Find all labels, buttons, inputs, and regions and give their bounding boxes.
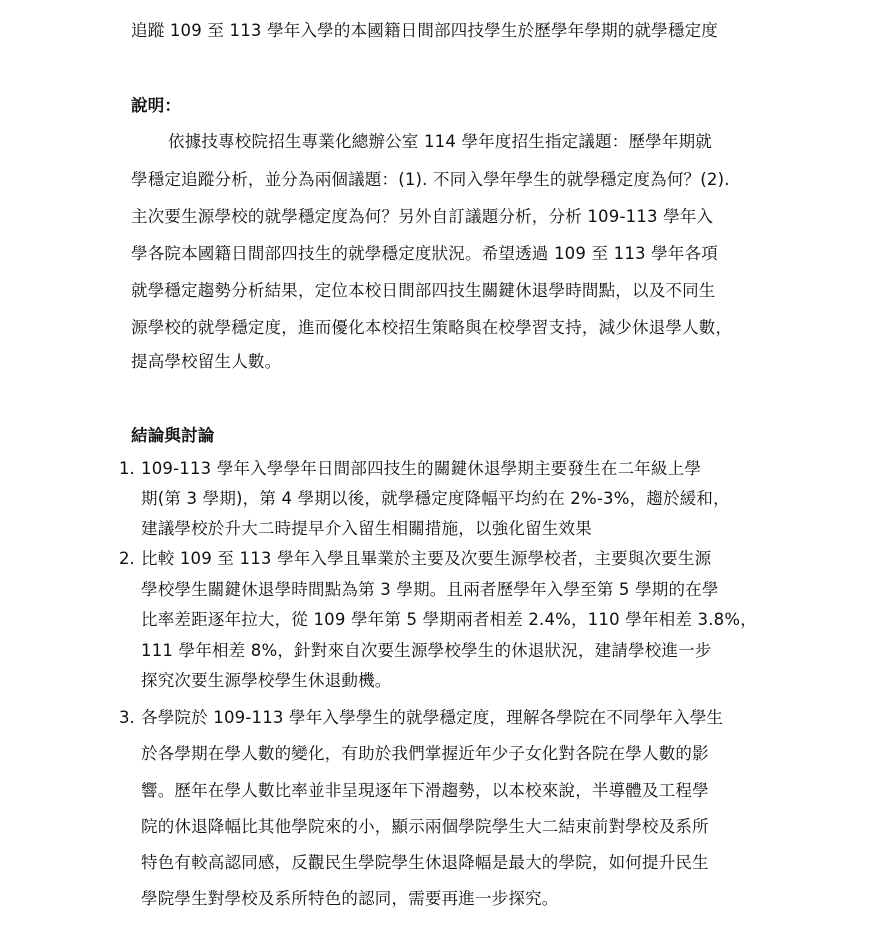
list-item-line: 比較 109 至 113 學年入學且畢業於主要及次要生源學校者，主要與次要生源 [141, 548, 711, 570]
description-line: 源學校的就學穩定度，進而優化本校招生策略與在校學習支持，減少休退學人數， [131, 317, 732, 339]
description-heading: 說明： [131, 95, 181, 117]
list-item-line: 建議學校於升大二時提早介入留生相關措施，以強化留生效果 [141, 518, 592, 540]
list-item-line: 期(第 3 學期)，第 4 學期以後，就學穩定度降幅平均約在 2%-3%，趨於緩… [141, 488, 730, 510]
list-item-number: 2. [119, 548, 135, 570]
list-item-line: 於各學期在學人數的變化，有助於我們掌握近年少子女化對各院在學人數的影 [141, 743, 709, 765]
description-line: 主次要生源學校的就學穩定度為何？另外自訂議題分析，分析 109-113 學年入 [131, 206, 713, 228]
document-title: 追蹤 109 至 113 學年入學的本國籍日間部四技學生於歷學年學期的就學穩定度 [131, 20, 718, 42]
list-item-line: 響。歷年在學人數比率並非呈現逐年下滑趨勢，以本校來說，半導體及工程學 [141, 780, 709, 802]
list-item-line: 院的休退降幅比其他學院來的小，顯示兩個學院學生大二結束前對學校及系所 [141, 816, 709, 838]
list-item-line: 探究次要生源學校學生休退動機。 [141, 670, 392, 692]
description-line: 依據技專校院招生專業化總辦公室 114 學年度招生指定議題：歷學年期就 [168, 131, 712, 153]
conclusion-heading: 結論與討論 [131, 425, 215, 447]
list-item-line: 109-113 學年入學學年日間部四技生的關鍵休退學期主要發生在二年級上學 [141, 458, 701, 480]
list-item-line: 特色有較高認同感，反觀民生學院學生休退降幅是最大的學院，如何提升民生 [141, 852, 709, 874]
list-item-line: 111 學年相差 8%，針對來自次要生源學校學生的休退狀況，建請學校進一步 [141, 640, 712, 662]
description-line: 學穩定追蹤分析，並分為兩個議題：(1). 不同入學年學生的就學穩定度為何？(2)… [131, 169, 730, 191]
list-item-line: 學院學生對學校及系所特色的認同，需要再進一步探究。 [141, 888, 559, 910]
list-item-number: 1. [119, 458, 135, 480]
list-item-line: 學校學生關鍵休退學時間點為第 3 學期。且兩者歷學年入學至第 5 學期的在學 [141, 579, 719, 601]
description-line: 學各院本國籍日間部四技生的就學穩定度狀況。希望透過 109 至 113 學年各項 [131, 243, 718, 265]
list-item-line: 各學院於 109-113 學年入學學生的就學穩定度，理解各學院在不同學年入學生 [141, 707, 723, 729]
document-page: 追蹤 109 至 113 學年入學的本國籍日間部四技學生於歷學年學期的就學穩定度… [0, 0, 894, 936]
list-item-line: 比率差距逐年拉大，從 109 學年第 5 學期兩者相差 2.4%，110 學年相… [141, 609, 757, 631]
description-line: 提高學校留生人數。 [131, 351, 281, 373]
list-item-number: 3. [119, 707, 135, 729]
description-line: 就學穩定趨勢分析結果，定位本校日間部四技生關鍵休退學時間點，以及不同生 [131, 280, 716, 302]
